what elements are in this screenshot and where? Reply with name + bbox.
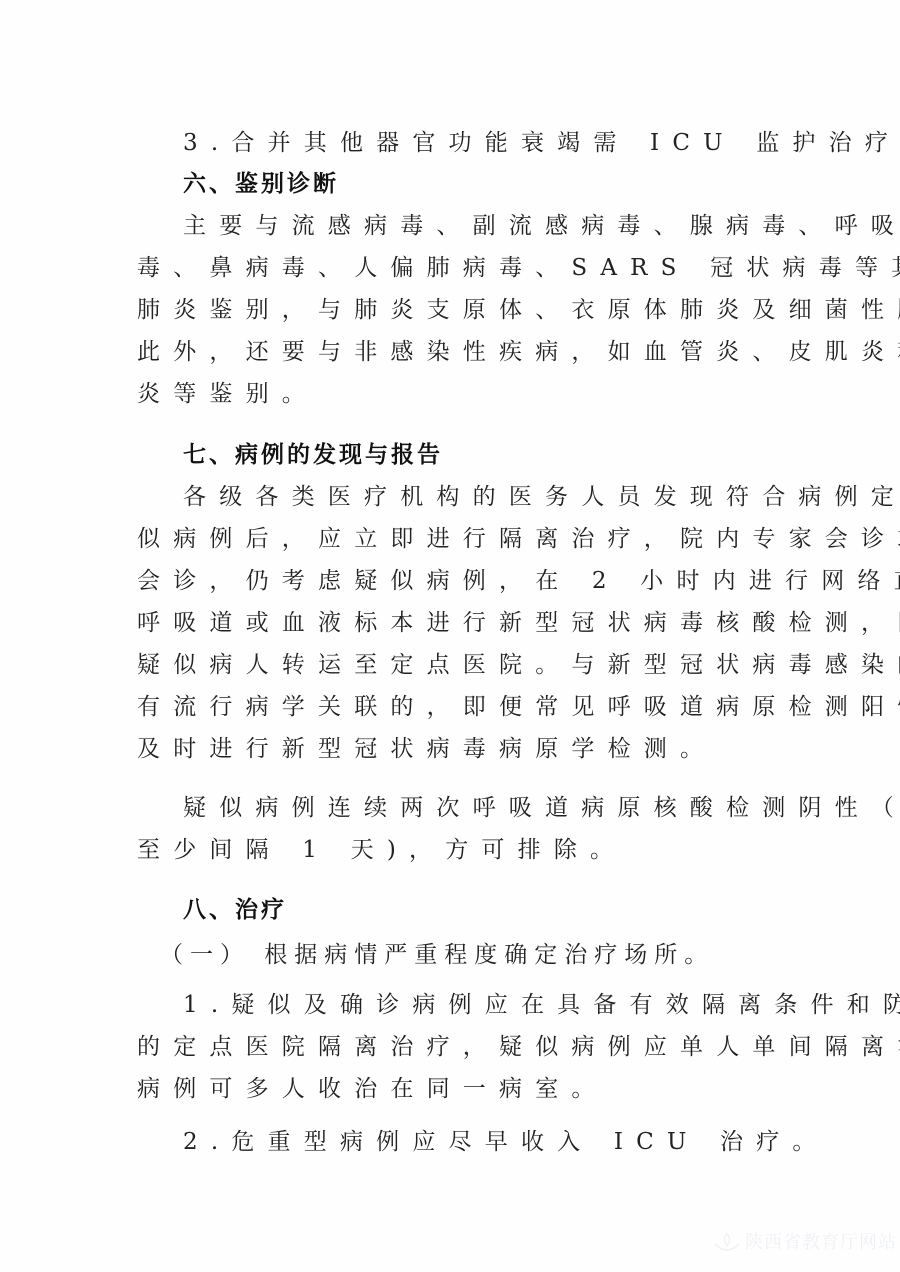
paragraph-line: 各级各类医疗机构的医务人员发现符合病例定义的疑 [183,482,823,512]
section-heading-treatment: 八、治疗 [183,895,287,925]
watermark-text: 陕西省教育厅网站 [745,1228,897,1254]
paragraph-line: 疑似病例连续两次呼吸道病原核酸检测阴性（采样时间 [183,793,823,823]
document-page: 3.合并其他器官功能衰竭需 ICU 监护治疗。 六、鉴别诊断 主要与流感病毒、副… [0,0,900,1272]
section-heading-differential-diagnosis: 六、鉴别诊断 [183,169,339,199]
paragraph-line: 肺炎鉴别，与肺炎支原体、衣原体肺炎及细菌性肺炎等鉴别。 [137,295,777,325]
paragraph-line: 似病例后，应立即进行隔离治疗，院内专家会诊或主诊医师 [137,524,777,554]
paragraph-line: 会诊，仍考虑疑似病例，在 2 小时内进行网络直报，并采集 [137,566,777,596]
paragraph-line: 的定点医院隔离治疗，疑似病例应单人单间隔离治疗，确诊 [137,1032,777,1062]
paragraph-line: 毒、鼻病毒、人偏肺病毒、SARS 冠状病毒等其他已知病毒性 [137,253,777,283]
paragraph-line: 1.疑似及确诊病例应在具备有效隔离条件和防护条件 [183,990,823,1020]
list-item-3-icu-monitoring: 3.合并其他器官功能衰竭需 ICU 监护治疗。 [183,128,823,158]
paragraph-line: 主要与流感病毒、副流感病毒、腺病毒、呼吸道合胞病 [183,211,823,241]
paragraph-line: 呼吸道或血液标本进行新型冠状病毒核酸检测，同时尽快将 [137,608,777,638]
paragraph-line: 有流行病学关联的，即便常见呼吸道病原检测阳性，也建议 [137,692,777,722]
paragraph-line: 此外，还要与非感染性疾病，如血管炎、皮肌炎和机化性肺 [137,337,777,367]
paragraph-line: 及时进行新型冠状病毒病原学检测。 [137,734,777,764]
paragraph-line: 病例可多人收治在同一病室。 [137,1074,777,1104]
watermark-logo-icon [712,1232,742,1252]
paragraph-line: 至少间隔 1 天)，方可排除。 [137,835,777,865]
paragraph-line: 疑似病人转运至定点医院。与新型冠状病毒感染的肺炎患者 [137,650,777,680]
list-item-2-critical-icu: 2.危重型病例应尽早收入 ICU 治疗。 [183,1127,823,1157]
section-heading-case-discovery-report: 七、病例的发现与报告 [183,440,443,470]
subsection-heading-treatment-location: （一） 根据病情严重程度确定治疗场所。 [160,940,800,970]
paragraph-line: 炎等鉴别。 [137,379,777,409]
